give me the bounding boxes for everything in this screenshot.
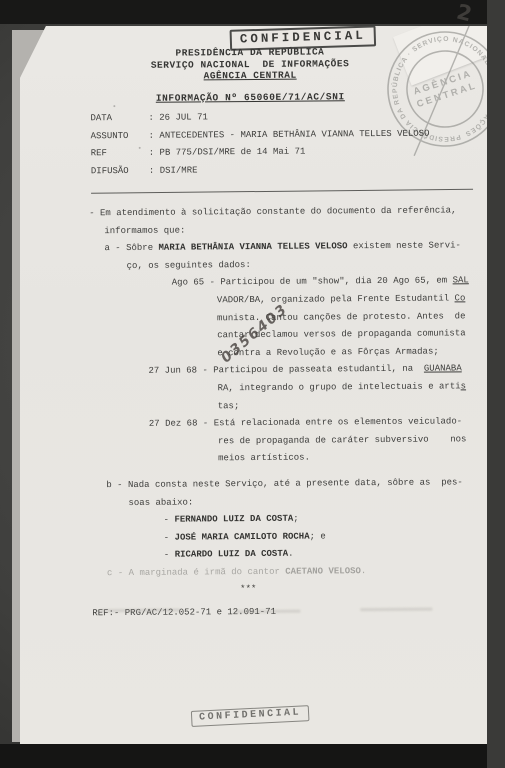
text-segment: : DSI/MRE bbox=[149, 165, 198, 175]
document-line: REF:- PRG/AC/12.052-71 e 12.091-71 bbox=[22, 602, 487, 623]
paper-speck bbox=[113, 105, 115, 107]
document-line: RA, integrando o grupo de intelectuais e… bbox=[21, 378, 487, 399]
text-segment: *** bbox=[240, 584, 256, 594]
document-line: *** bbox=[22, 580, 487, 601]
text-segment: : 26 JUL 71 bbox=[148, 112, 207, 122]
meta-label: DATA bbox=[90, 113, 148, 123]
meta-label: ASSUNTO bbox=[91, 130, 149, 140]
meta-fields: DATA: 26 JUL 71ASSUNTO: ANTECEDENTES - M… bbox=[90, 111, 429, 184]
text-segment: ; e bbox=[310, 531, 326, 541]
scan-border-bottom bbox=[0, 744, 505, 768]
pencil-smudge bbox=[234, 610, 300, 613]
text-segment: - bbox=[164, 515, 175, 525]
text-segment: GUANABA bbox=[424, 364, 462, 374]
text-segment: - Em atendimento à solicitação constante… bbox=[89, 205, 456, 218]
text-segment: soas abaixo: bbox=[128, 497, 193, 508]
text-segment: a - Sôbre bbox=[104, 243, 158, 253]
text-segment: c - A marginada é irmã do cantor bbox=[107, 567, 285, 578]
text-segment: b - Nada consta neste Serviço, até a pre… bbox=[106, 477, 463, 490]
paper-speck bbox=[139, 147, 141, 149]
text-segment: . bbox=[361, 566, 366, 576]
document-line: - Em atendimento à solicitação constante… bbox=[20, 202, 486, 223]
separator-line bbox=[91, 189, 473, 194]
letterhead: PRESIDÊNCIA DA REPÚBLICASERVIÇO NACIONAL… bbox=[20, 45, 482, 83]
document-line: c - A marginada é irmã do cantor CAETANO… bbox=[22, 562, 487, 583]
typed-content: CONFIDENCIAL PRESIDÊNCIA DA REPÚBLICASER… bbox=[20, 26, 487, 744]
text-segment: MARIA BETHÂNIA VIANNA TELLES VELOSO bbox=[158, 241, 347, 252]
text-segment: Co bbox=[454, 293, 465, 303]
text-segment: meios artísticos. bbox=[218, 453, 310, 464]
document-body: - Em atendimento à solicitação constante… bbox=[20, 202, 487, 623]
text-segment: ço, os seguintes dados: bbox=[127, 260, 251, 271]
text-segment: VADOR/BA, organizado pela Frente Estudan… bbox=[217, 293, 455, 305]
text-segment: tas; bbox=[218, 401, 240, 411]
text-segment: 27 Dez 68 - Está relacionada entre os el… bbox=[149, 416, 462, 428]
text-segment: RA, integrando o grupo de intelectuais e… bbox=[218, 381, 461, 393]
text-segment: s bbox=[461, 381, 466, 391]
text-segment: munista. Cantou canções de protesto. Ant… bbox=[217, 311, 466, 323]
letterhead-line: AGÊNCIA CENTRAL bbox=[20, 68, 482, 83]
text-segment: existem neste Servi- bbox=[347, 241, 460, 252]
text-segment: e contra a Revolução e as Fôrças Armadas… bbox=[217, 346, 439, 358]
document-line: a - Sôbre MARIA BETHÂNIA VIANNA TELLES V… bbox=[20, 237, 487, 258]
text-segment: informamos que: bbox=[104, 225, 185, 236]
document-number: INFORMAÇÃO Nº 65060E/71/AC/SNI bbox=[20, 90, 482, 105]
text-segment: res de propaganda de caráter subversivo … bbox=[218, 434, 467, 446]
text-segment: JOSÉ MARIA CAMILOTO ROCHA bbox=[175, 531, 310, 542]
text-segment: FERNANDO LUIZ DA COSTA bbox=[174, 514, 293, 525]
text-segment: ; bbox=[293, 514, 298, 524]
text-segment: MARIA BETHÂNIA VIANNA TELLES VELOSO bbox=[240, 128, 429, 139]
text-segment: . bbox=[288, 549, 293, 559]
document-page: PRESIDÊNCIA DA REPÚBLICA · SERVIÇO NACIO… bbox=[20, 26, 487, 744]
scan-border-right bbox=[487, 0, 505, 768]
text-segment: CAETANO VELOSO bbox=[285, 566, 361, 577]
text-segment: : PB 775/DSI/MRE de 14 Mai 71 bbox=[149, 147, 306, 158]
text-segment: SAL bbox=[453, 276, 469, 286]
meta-label: REF bbox=[91, 148, 149, 158]
text-segment: 27 Jun 68 - Participou de passeata estud… bbox=[148, 364, 424, 376]
text-segment: RICARDO LUIZ DA COSTA bbox=[175, 549, 288, 560]
document-line: meios artísticos. bbox=[21, 448, 487, 469]
confidential-stamp-bottom: CONFIDENCIAL bbox=[191, 705, 310, 727]
document-line: b - Nada consta neste Serviço, até a pre… bbox=[21, 474, 487, 495]
scanner-background: PRESIDÊNCIA DA REPÚBLICA · SERVIÇO NACIO… bbox=[0, 0, 505, 768]
text-segment: : ANTECEDENTES - bbox=[149, 130, 241, 141]
meta-label: DIFUSÃO bbox=[91, 165, 149, 175]
text-segment: - bbox=[164, 550, 175, 560]
text-segment: - bbox=[164, 532, 175, 542]
meta-row: DIFUSÃO: DSI/MRE bbox=[91, 163, 430, 183]
scan-border-top bbox=[0, 0, 505, 24]
text-segment: Ago 65 - Participou de um "show", dia 20… bbox=[172, 276, 453, 288]
